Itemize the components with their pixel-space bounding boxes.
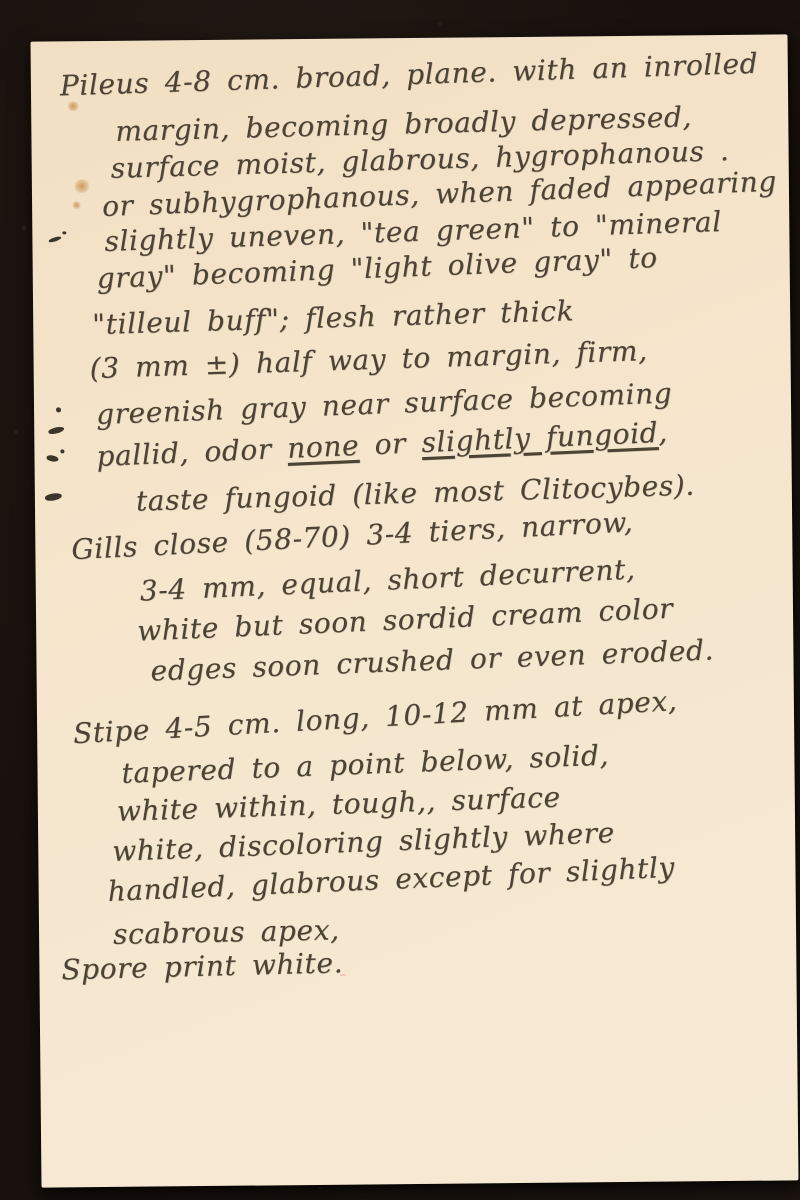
ink-speck	[56, 407, 61, 412]
pileus-line-7: "tilleul buff"; flesh rather thick	[92, 294, 575, 342]
rust-stain	[72, 201, 81, 209]
odor-text: pallid, odor	[96, 432, 288, 473]
ink-speck	[46, 455, 59, 463]
handwritten-note-card: – Pileus 4-8 cm. broad, plane. with an i…	[31, 34, 799, 1187]
ink-speck	[48, 426, 65, 436]
photo-background: – Pileus 4-8 cm. broad, plane. with an i…	[0, 0, 800, 1200]
stipe-line-6: scabrous apex,	[113, 913, 340, 952]
odor-comma: ,	[657, 416, 668, 449]
ink-speck	[48, 235, 62, 243]
odor-none-underlined: none	[287, 429, 360, 465]
spore-print-line: Spore print white.	[61, 946, 344, 987]
odor-or-text: or	[358, 426, 422, 462]
ink-speck	[44, 492, 62, 502]
rust-stain	[74, 179, 90, 193]
ink-speck	[62, 231, 66, 234]
odor-slightly-fungoid-underlined: slightly fungoid	[421, 416, 659, 459]
ink-speck	[60, 449, 64, 453]
pileus-line-8: (3 mm ±) half way to margin, firm,	[89, 334, 648, 386]
pileus-line-1: Pileus 4-8 cm. broad, plane. with an inr…	[59, 47, 758, 104]
